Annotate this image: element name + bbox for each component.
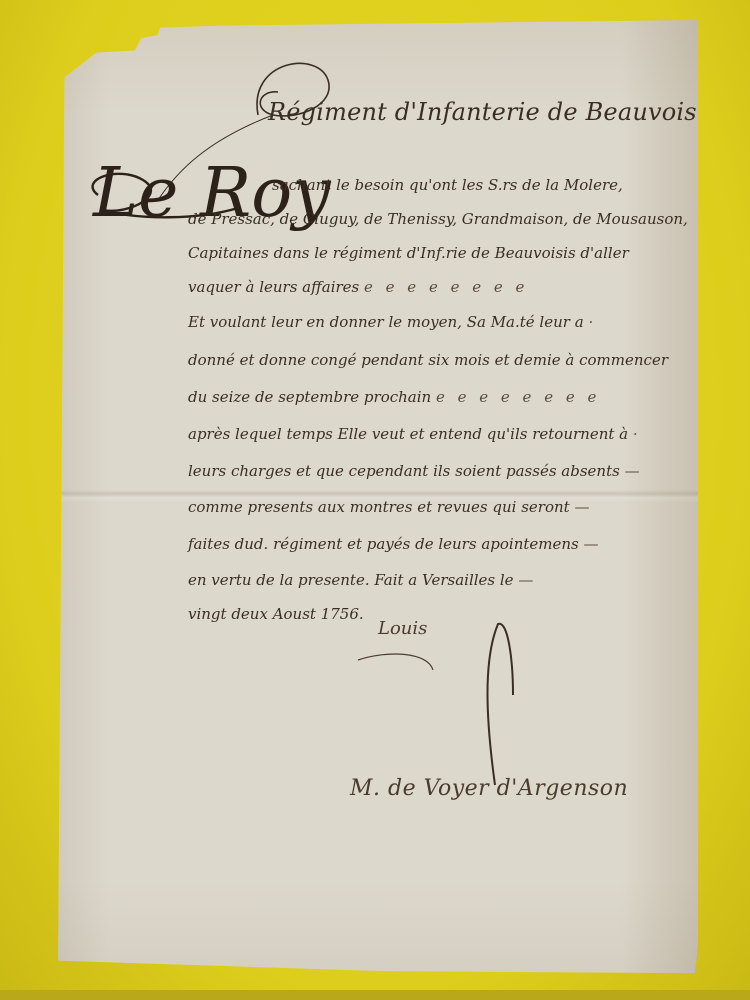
document-body: sachant le besoin qu'ont les S.rs de la … bbox=[58, 20, 698, 975]
minister-signature: M. de Voyer d'Argenson bbox=[350, 776, 628, 801]
text-line: sachant le besoin qu'ont les S.rs de la … bbox=[272, 176, 623, 194]
manuscript-document: Régiment d'Infanterie de Beauvoisis Le R… bbox=[58, 20, 698, 975]
text-line: faites dud. régiment et payés de leurs a… bbox=[188, 535, 603, 553]
text-line: Et voulant leur en donner le moyen, Sa M… bbox=[188, 313, 597, 331]
text-line: du seize de septembre prochain e e e e e… bbox=[188, 388, 600, 406]
text-line: vaquer à leurs affaires e e e e e e e e bbox=[188, 278, 528, 296]
text-line: comme presents aux montres et revues qui… bbox=[188, 498, 593, 516]
text-line: en vertu de la presente. Fait a Versaill… bbox=[188, 571, 537, 589]
text-line: leurs charges et que cependant ils soien… bbox=[188, 462, 644, 480]
king-signature: Louis bbox=[378, 618, 427, 639]
text-line: donné et donne congé pendant six mois et… bbox=[188, 351, 668, 369]
text-line: Capitaines dans le régiment d'Inf.rie de… bbox=[188, 244, 629, 262]
background-strip bbox=[0, 990, 750, 1000]
date-line: vingt deux Aoust 1756. bbox=[188, 605, 364, 623]
text-line: de Pressac, de Cluguy, de Thenissy, Gran… bbox=[188, 210, 688, 228]
text-line: après lequel temps Elle veut et entend q… bbox=[188, 425, 642, 443]
